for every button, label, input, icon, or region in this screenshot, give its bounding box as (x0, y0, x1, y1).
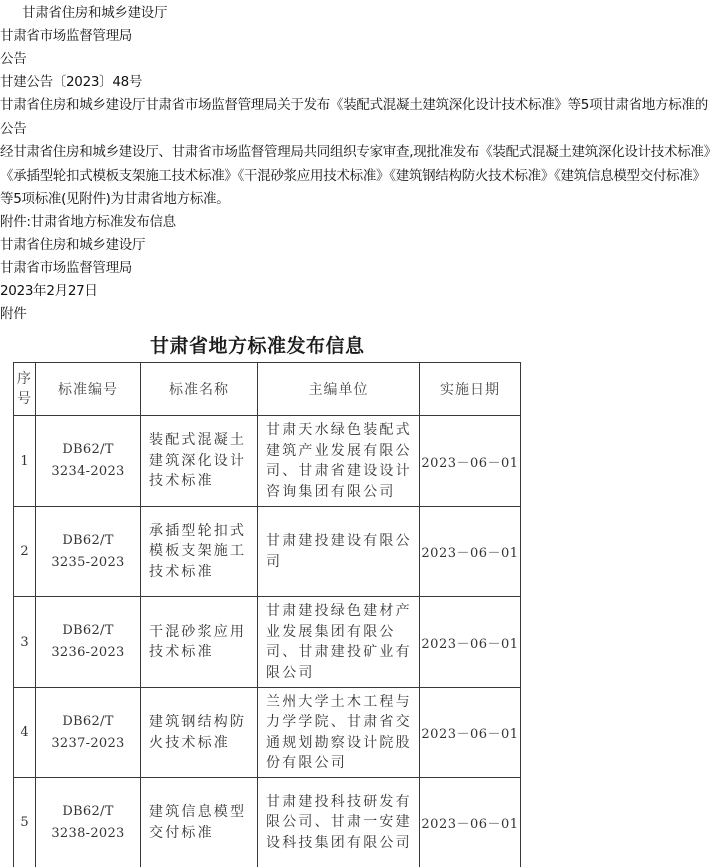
cell-code: DB62/T3237-2023 (36, 688, 141, 778)
signer-1: 甘肃省住房和城乡建设厅 (0, 234, 145, 257)
code-prefix: DB62/T (36, 711, 140, 733)
cell-seq: 2 (14, 507, 36, 597)
header-seq: 序号 (14, 363, 36, 416)
code-prefix: DB62/T (36, 439, 140, 461)
cell-date: 2023－06－01 (420, 416, 521, 507)
attachment-label: 附件 (0, 303, 26, 326)
table-row: 1 DB62/T3234-2023 装配式混凝土建筑深化设计技术标准 甘肃天水绿… (14, 416, 521, 507)
cell-date: 2023－06－01 (420, 688, 521, 778)
code-number: 3235-2023 (36, 552, 140, 574)
header-name: 标准名称 (141, 363, 258, 416)
unit-text: 兰州大学土木工程与力学学院、甘肃省交通规划勘察设计院股份有限公司 (266, 692, 412, 774)
cell-name: 承插型轮扣式模板支架施工技术标准 (141, 507, 258, 597)
standards-table: 序号 标准编号 标准名称 主编单位 实施日期 1 DB62/T3234-2023… (13, 362, 521, 867)
cell-name: 建筑钢结构防火技术标准 (141, 688, 258, 778)
table-header-row: 序号 标准编号 标准名称 主编单位 实施日期 (14, 363, 521, 416)
unit-text: 甘肃建投建设有限公司 (266, 531, 412, 572)
unit-text: 甘肃建投科技研发有限公司、甘肃一安建设科技集团有限公司 (266, 792, 412, 854)
code-number: 3237-2023 (36, 733, 140, 755)
code-prefix: DB62/T (36, 801, 140, 823)
attachment-note: 附件:甘肃省地方标准发布信息 (0, 211, 176, 234)
cell-unit: 甘肃天水绿色装配式建筑产业发展有限公司、甘肃省建设设计咨询集团有限公司 (258, 416, 420, 507)
cell-unit: 兰州大学土木工程与力学学院、甘肃省交通规划勘察设计院股份有限公司 (258, 688, 420, 778)
code-prefix: DB62/T (36, 620, 140, 642)
table-row: 4 DB62/T3237-2023 建筑钢结构防火技术标准 兰州大学土木工程与力… (14, 688, 521, 778)
unit-text: 甘肃建投绿色建材产业发展集团有限公司、甘肃建投矿业有限公司 (266, 601, 412, 683)
signer-2: 甘肃省市场监督管理局 (0, 257, 132, 280)
code-number: 3234-2023 (36, 461, 140, 483)
notice-title: 甘肃省住房和城乡建设厅甘肃省市场监督管理局关于发布《装配式混凝土建筑深化设计技术… (0, 94, 716, 141)
cell-date: 2023－06－01 (420, 507, 521, 597)
code-number: 3238-2023 (36, 823, 140, 845)
cell-code: DB62/T3238-2023 (36, 778, 141, 867)
issuer-line-1: 甘肃省住房和城乡建设厅 (22, 2, 167, 25)
notice-date: 2023年2月27日 (0, 280, 98, 303)
cell-code: DB62/T3236-2023 (36, 597, 141, 688)
cell-seq: 1 (14, 416, 36, 507)
notice-body: 经甘肃省住房和城乡建设厅、甘肃省市场监督管理局共同组织专家审查,现批准发布《装配… (0, 141, 716, 212)
cell-unit: 甘肃建投建设有限公司 (258, 507, 420, 597)
cell-name: 装配式混凝土建筑深化设计技术标准 (141, 416, 258, 507)
doc-number: 甘建公告〔2023〕48号 (0, 71, 142, 94)
attachment-title: 甘肃省地方标准发布信息 (150, 331, 365, 358)
cell-seq: 5 (14, 778, 36, 867)
code-number: 3236-2023 (36, 642, 140, 664)
cell-unit: 甘肃建投科技研发有限公司、甘肃一安建设科技集团有限公司 (258, 778, 420, 867)
cell-unit: 甘肃建投绿色建材产业发展集团有限公司、甘肃建投矿业有限公司 (258, 597, 420, 688)
cell-code: DB62/T3234-2023 (36, 416, 141, 507)
doc-type: 公告 (0, 48, 26, 71)
cell-seq: 4 (14, 688, 36, 778)
header-date: 实施日期 (420, 363, 521, 416)
cell-name: 建筑信息模型交付标准 (141, 778, 258, 867)
table-row: 2 DB62/T3235-2023 承插型轮扣式模板支架施工技术标准 甘肃建投建… (14, 507, 521, 597)
cell-date: 2023－06－01 (420, 778, 521, 867)
cell-seq: 3 (14, 597, 36, 688)
unit-text: 甘肃天水绿色装配式建筑产业发展有限公司、甘肃省建设设计咨询集团有限公司 (266, 420, 412, 502)
cell-code: DB62/T3235-2023 (36, 507, 141, 597)
header-code: 标准编号 (36, 363, 141, 416)
table-row: 3 DB62/T3236-2023 干混砂浆应用技术标准 甘肃建投绿色建材产业发… (14, 597, 521, 688)
cell-name: 干混砂浆应用技术标准 (141, 597, 258, 688)
table-row: 5 DB62/T3238-2023 建筑信息模型交付标准 甘肃建投科技研发有限公… (14, 778, 521, 867)
issuer-line-2: 甘肃省市场监督管理局 (0, 25, 132, 48)
code-prefix: DB62/T (36, 530, 140, 552)
header-unit: 主编单位 (258, 363, 420, 416)
cell-date: 2023－06－01 (420, 597, 521, 688)
